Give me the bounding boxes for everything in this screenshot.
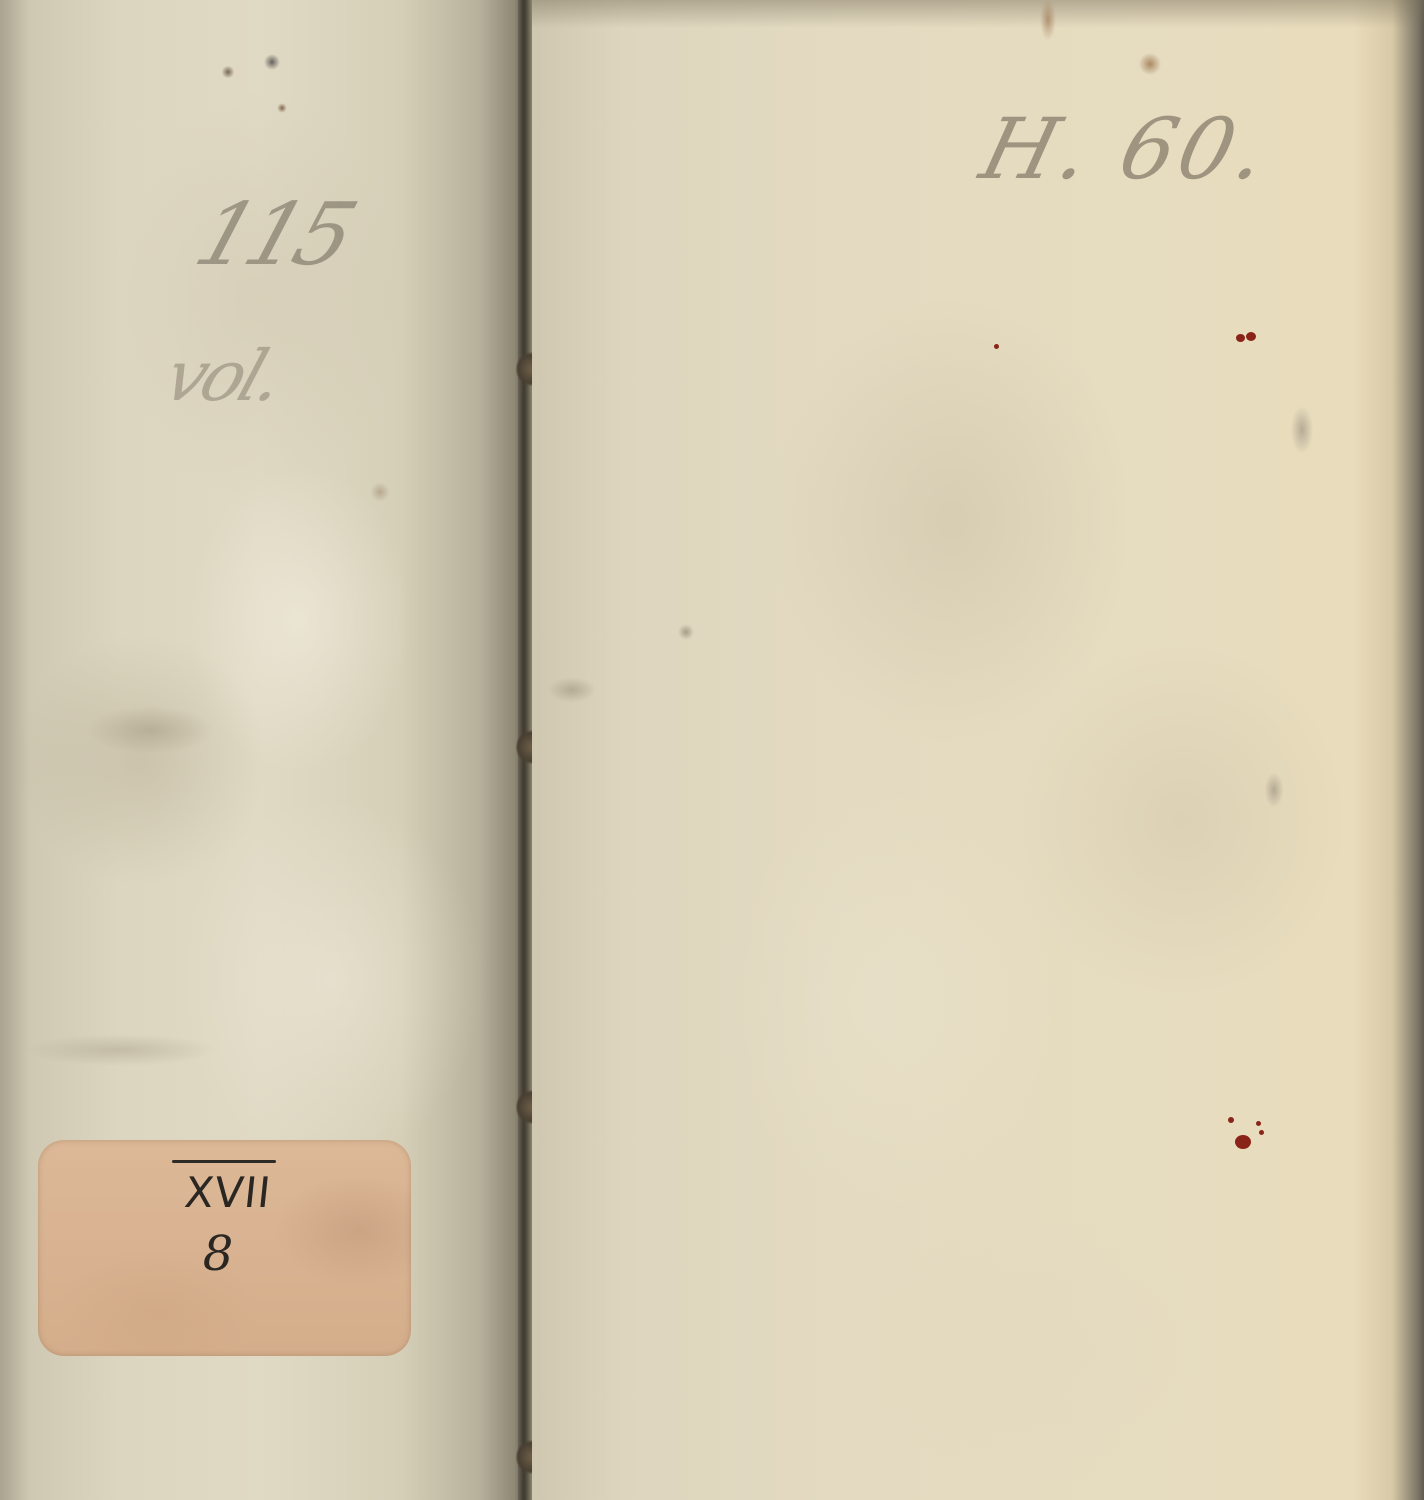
- cover-handwriting: H. 60.: [972, 100, 1281, 198]
- red-stain: [1228, 1117, 1234, 1123]
- label-shelfmark-number: 8: [178, 1226, 258, 1282]
- book-photograph: 115 vol. XVII 8 H. 60.: [0, 0, 1424, 1500]
- cover-stains: [532, 0, 1424, 1500]
- label-overline: [172, 1160, 276, 1163]
- red-stain: [1235, 1135, 1251, 1149]
- red-stain: [1256, 1121, 1261, 1126]
- book-front-cover: H. 60.: [532, 0, 1424, 1500]
- label-shelfmark-roman: XVII: [165, 1168, 290, 1217]
- red-stain: [1246, 332, 1256, 341]
- red-stain: [1236, 334, 1245, 342]
- book-spine: 115 vol. XVII 8: [0, 0, 522, 1500]
- red-stain: [1259, 1130, 1264, 1135]
- spine-paper-label: XVII 8: [38, 1140, 411, 1356]
- red-stain: [994, 344, 999, 349]
